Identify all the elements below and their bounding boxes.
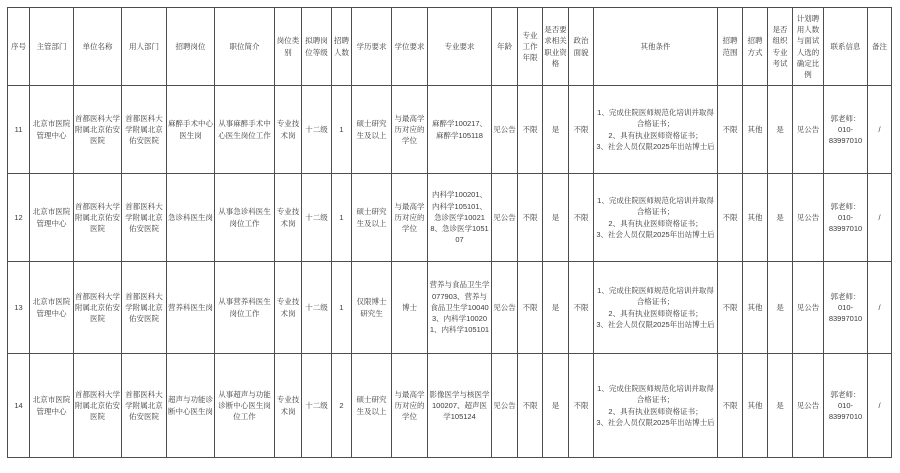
column-header-job-description: 职位简介 <box>215 8 275 86</box>
cell-recruitment-method: 其他 <box>743 262 768 354</box>
column-header-index: 序号 <box>8 8 30 86</box>
cell-index: 14 <box>8 354 30 458</box>
cell-headcount: 2 <box>332 354 352 458</box>
cell-recruitment-scope: 不限 <box>718 354 743 458</box>
cell-headcount: 1 <box>332 174 352 262</box>
cell-work-years: 不限 <box>518 262 543 354</box>
cell-contact-info: 郭老师： 010- 83997010 <box>824 174 868 262</box>
column-header-recruitment-scope: 招聘范围 <box>718 8 743 86</box>
cell-remarks: / <box>868 174 892 262</box>
column-header-position-title: 招聘岗位 <box>167 8 215 86</box>
column-header-hiring-department: 用人部门 <box>122 8 167 86</box>
cell-recruitment-scope: 不限 <box>718 86 743 174</box>
cell-supervising-department: 北京市医院管理中心 <box>30 174 74 262</box>
cell-supervising-department: 北京市医院管理中心 <box>30 262 74 354</box>
cell-position-title: 超声与功能诊断中心医生岗 <box>167 354 215 458</box>
cell-qualification-required: 是 <box>543 86 569 174</box>
column-header-contact-info: 联系信息 <box>824 8 868 86</box>
cell-job-description: 从事超声与功能诊断中心医生岗位工作 <box>215 354 275 458</box>
cell-index: 11 <box>8 86 30 174</box>
cell-political-status: 不限 <box>569 354 594 458</box>
cell-unit-name: 首都医科大学附属北京佑安医院 <box>74 174 122 262</box>
cell-interview-ratio: 见公告 <box>793 174 824 262</box>
cell-hiring-department: 首都医科大学附属北京佑安医院 <box>122 86 167 174</box>
recruitment-positions-page: 序号主管部门单位名称用人部门招聘岗位职位简介岗位类别拟聘岗位等级招聘人数学历要求… <box>0 0 900 458</box>
recruitment-positions-table: 序号主管部门单位名称用人部门招聘岗位职位简介岗位类别拟聘岗位等级招聘人数学历要求… <box>7 7 892 458</box>
table-row: 12北京市医院管理中心首都医科大学附属北京佑安医院首都医科大学附属北京佑安医院急… <box>8 174 892 262</box>
column-header-age: 年龄 <box>492 8 518 86</box>
cell-position-category: 专业技术岗 <box>275 354 302 458</box>
cell-major-requirement: 内科学100201、内科学105101、急诊医学100218、急诊医学10510… <box>428 174 492 262</box>
cell-work-years: 不限 <box>518 86 543 174</box>
cell-job-description: 从事急诊科医生岗位工作 <box>215 174 275 262</box>
table-row: 11北京市医院管理中心首都医科大学附属北京佑安医院首都医科大学附属北京佑安医院麻… <box>8 86 892 174</box>
cell-position-title: 麻醉手术中心医生岗 <box>167 86 215 174</box>
cell-interview-ratio: 见公告 <box>793 86 824 174</box>
cell-other-conditions: 1、完成住院医师规范化培训并取得合格证书； 2、具有执业医师资格证书； 3、社会… <box>594 86 718 174</box>
cell-political-status: 不限 <box>569 174 594 262</box>
cell-remarks: / <box>868 354 892 458</box>
column-header-major-requirement: 专业要求 <box>428 8 492 86</box>
column-header-education-requirement: 学历要求 <box>352 8 392 86</box>
cell-unit-name: 首都医科大学附属北京佑安医院 <box>74 86 122 174</box>
cell-education-requirement: 硕士研究生及以上 <box>352 86 392 174</box>
cell-hiring-department: 首都医科大学附属北京佑安医院 <box>122 262 167 354</box>
cell-work-years: 不限 <box>518 354 543 458</box>
cell-recruitment-method: 其他 <box>743 354 768 458</box>
column-header-remarks: 备注 <box>868 8 892 86</box>
cell-major-requirement: 麻醉学100217、麻醉学105118 <box>428 86 492 174</box>
cell-position-level: 十二级 <box>302 174 332 262</box>
column-header-qualification-required: 是否要求相关职业资格 <box>543 8 569 86</box>
cell-qualification-required: 是 <box>543 174 569 262</box>
cell-position-title: 营养科医生岗 <box>167 262 215 354</box>
column-header-work-years: 专业工作年限 <box>518 8 543 86</box>
cell-position-category: 专业技术岗 <box>275 262 302 354</box>
cell-professional-exam: 是 <box>768 174 793 262</box>
cell-interview-ratio: 见公告 <box>793 354 824 458</box>
cell-political-status: 不限 <box>569 86 594 174</box>
table-body: 11北京市医院管理中心首都医科大学附属北京佑安医院首都医科大学附属北京佑安医院麻… <box>8 86 892 458</box>
cell-index: 12 <box>8 174 30 262</box>
cell-position-level: 十二级 <box>302 354 332 458</box>
header-row: 序号主管部门单位名称用人部门招聘岗位职位简介岗位类别拟聘岗位等级招聘人数学历要求… <box>8 8 892 86</box>
cell-position-title: 急诊科医生岗 <box>167 174 215 262</box>
column-header-position-level: 拟聘岗位等级 <box>302 8 332 86</box>
cell-headcount: 1 <box>332 86 352 174</box>
cell-age: 见公告 <box>492 354 518 458</box>
cell-qualification-required: 是 <box>543 262 569 354</box>
cell-index: 13 <box>8 262 30 354</box>
column-header-supervising-department: 主管部门 <box>30 8 74 86</box>
cell-professional-exam: 是 <box>768 354 793 458</box>
cell-degree-requirement: 与最高学历对应的学位 <box>392 86 428 174</box>
cell-major-requirement: 影像医学与核医学100207、超声医学105124 <box>428 354 492 458</box>
cell-recruitment-method: 其他 <box>743 174 768 262</box>
cell-position-category: 专业技术岗 <box>275 174 302 262</box>
cell-job-description: 从事麻醉手术中心医生岗位工作 <box>215 86 275 174</box>
cell-education-requirement: 硕士研究生及以上 <box>352 174 392 262</box>
cell-remarks: / <box>868 262 892 354</box>
table-row: 13北京市医院管理中心首都医科大学附属北京佑安医院首都医科大学附属北京佑安医院营… <box>8 262 892 354</box>
cell-unit-name: 首都医科大学附属北京佑安医院 <box>74 262 122 354</box>
cell-degree-requirement: 博士 <box>392 262 428 354</box>
column-header-political-status: 政治面貌 <box>569 8 594 86</box>
cell-professional-exam: 是 <box>768 262 793 354</box>
cell-contact-info: 郭老师： 010- 83997010 <box>824 354 868 458</box>
cell-unit-name: 首都医科大学附属北京佑安医院 <box>74 354 122 458</box>
cell-supervising-department: 北京市医院管理中心 <box>30 86 74 174</box>
cell-other-conditions: 1、完成住院医师规范化培训并取得合格证书； 2、具有执业医师资格证书； 3、社会… <box>594 262 718 354</box>
cell-headcount: 1 <box>332 262 352 354</box>
cell-recruitment-method: 其他 <box>743 86 768 174</box>
cell-hiring-department: 首都医科大学附属北京佑安医院 <box>122 174 167 262</box>
cell-recruitment-scope: 不限 <box>718 174 743 262</box>
column-header-other-conditions: 其他条件 <box>594 8 718 86</box>
cell-contact-info: 郭老师： 010- 83997010 <box>824 86 868 174</box>
cell-position-level: 十二级 <box>302 262 332 354</box>
cell-contact-info: 郭老师： 010- 83997010 <box>824 262 868 354</box>
table-row: 14北京市医院管理中心首都医科大学附属北京佑安医院首都医科大学附属北京佑安医院超… <box>8 354 892 458</box>
cell-hiring-department: 首都医科大学附属北京佑安医院 <box>122 354 167 458</box>
column-header-professional-exam: 是否组织专业考试 <box>768 8 793 86</box>
cell-professional-exam: 是 <box>768 86 793 174</box>
cell-degree-requirement: 与最高学历对应的学位 <box>392 354 428 458</box>
cell-major-requirement: 营养与食品卫生学077903、营养与食品卫生学100403、内科学100201、… <box>428 262 492 354</box>
cell-other-conditions: 1、完成住院医师规范化培训并取得合格证书； 2、具有执业医师资格证书； 3、社会… <box>594 174 718 262</box>
cell-interview-ratio: 见公告 <box>793 262 824 354</box>
cell-qualification-required: 是 <box>543 354 569 458</box>
cell-position-level: 十二级 <box>302 86 332 174</box>
cell-other-conditions: 1、完成住院医师规范化培训并取得合格证书； 2、具有执业医师资格证书； 3、社会… <box>594 354 718 458</box>
cell-supervising-department: 北京市医院管理中心 <box>30 354 74 458</box>
cell-work-years: 不限 <box>518 174 543 262</box>
column-header-recruitment-method: 招聘方式 <box>743 8 768 86</box>
column-header-unit-name: 单位名称 <box>74 8 122 86</box>
cell-age: 见公告 <box>492 86 518 174</box>
column-header-interview-ratio: 计划聘用人数与面试人选的确定比例 <box>793 8 824 86</box>
column-header-degree-requirement: 学位要求 <box>392 8 428 86</box>
cell-age: 见公告 <box>492 262 518 354</box>
cell-position-category: 专业技术岗 <box>275 86 302 174</box>
cell-recruitment-scope: 不限 <box>718 262 743 354</box>
column-header-headcount: 招聘人数 <box>332 8 352 86</box>
cell-degree-requirement: 与最高学历对应的学位 <box>392 174 428 262</box>
cell-education-requirement: 仅限博士研究生 <box>352 262 392 354</box>
cell-education-requirement: 硕士研究生及以上 <box>352 354 392 458</box>
cell-remarks: / <box>868 86 892 174</box>
cell-job-description: 从事营养科医生岗位工作 <box>215 262 275 354</box>
cell-age: 见公告 <box>492 174 518 262</box>
column-header-position-category: 岗位类别 <box>275 8 302 86</box>
cell-political-status: 不限 <box>569 262 594 354</box>
